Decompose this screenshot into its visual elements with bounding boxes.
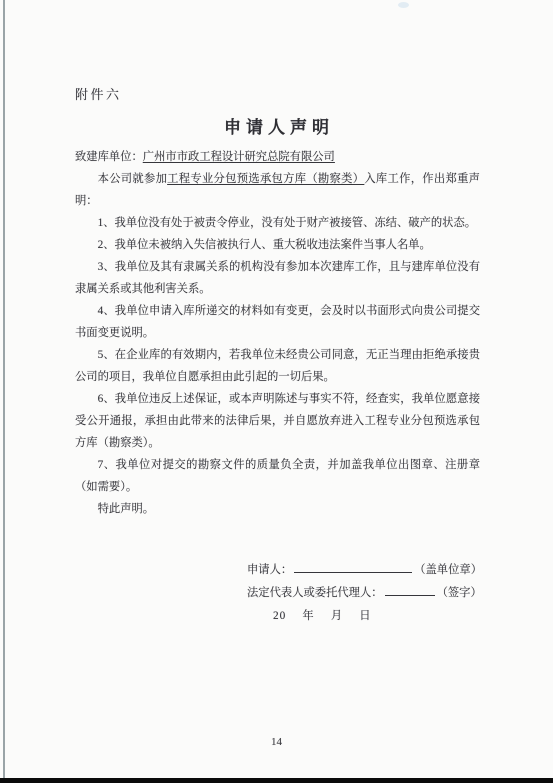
declaration-item-3: 3、我单位及其有隶属关系的机构没有参加本次建库工作，且与建库单位没有隶属关系或其… bbox=[75, 256, 480, 300]
seal-note: （盖单位章） bbox=[414, 564, 482, 576]
applicant-line: 申请人：（盖单位章） bbox=[247, 559, 482, 582]
recipient-company: 广州市市政工程设计研究总院有限公司 bbox=[143, 151, 335, 163]
intro-library-name: 工程专业分包预选承包方库（勘察类） bbox=[167, 173, 364, 185]
recipient-label: 致建库单位： bbox=[75, 151, 143, 163]
closing-statement: 特此声明。 bbox=[75, 498, 480, 520]
applicant-signature-blank bbox=[294, 562, 412, 573]
declaration-item-2: 2、我单位未被纳入失信被执行人、重大税收违法案件当事人名单。 bbox=[75, 234, 480, 256]
declaration-item-6: 6、我单位违反上述保证，或本声明陈述与事实不符，经查实，我单位愿意接受公开通报，… bbox=[75, 388, 480, 454]
applicant-label: 申请人： bbox=[247, 564, 292, 576]
representative-line: 法定代表人或委托代理人：（签字） bbox=[247, 582, 482, 605]
page-number: 14 bbox=[0, 736, 553, 748]
declaration-item-7: 7、我单位对提交的勘察文件的质量负全责，并加盖我单位出图章、注册章（如需要）。 bbox=[75, 454, 480, 498]
declaration-item-5: 5、在企业库的有效期内，若我单位未经贵公司同意，无正当理由拒绝承接贵公司的项目，… bbox=[75, 344, 480, 388]
date-line: 20 年 月 日 bbox=[247, 605, 482, 628]
declaration-item-1: 1、我单位没有处于被责令停业，没有处于财产被接管、冻结、破产的状态。 bbox=[75, 212, 480, 234]
document-page: 附件六 申请人声明 致建库单位：广州市市政工程设计研究总院有限公司 本公司就参加… bbox=[0, 0, 553, 783]
representative-signature-blank bbox=[385, 585, 435, 596]
attachment-label: 附件六 bbox=[75, 84, 122, 103]
scan-smudge bbox=[398, 2, 409, 8]
declaration-body: 致建库单位：广州市市政工程设计研究总院有限公司 本公司就参加工程专业分包预选承包… bbox=[75, 146, 480, 520]
sign-note: （签字） bbox=[437, 587, 482, 599]
representative-label: 法定代表人或委托代理人： bbox=[247, 587, 383, 599]
declaration-item-4: 4、我单位申请入库所递交的材料如有变更，会及时以书面形式向贵公司提交书面变更说明… bbox=[75, 300, 480, 344]
scan-edge-bottom-line bbox=[0, 778, 553, 783]
intro-prefix: 本公司就参加 bbox=[98, 173, 168, 185]
intro-paragraph: 本公司就参加工程专业分包预选承包方库（勘察类）入库工作，作出郑重声明： bbox=[75, 168, 480, 212]
recipient-line: 致建库单位：广州市市政工程设计研究总院有限公司 bbox=[75, 146, 480, 168]
signature-block: 申请人：（盖单位章） 法定代表人或委托代理人：（签字） 20 年 月 日 bbox=[247, 559, 482, 628]
page-title: 申请人声明 bbox=[0, 113, 553, 138]
